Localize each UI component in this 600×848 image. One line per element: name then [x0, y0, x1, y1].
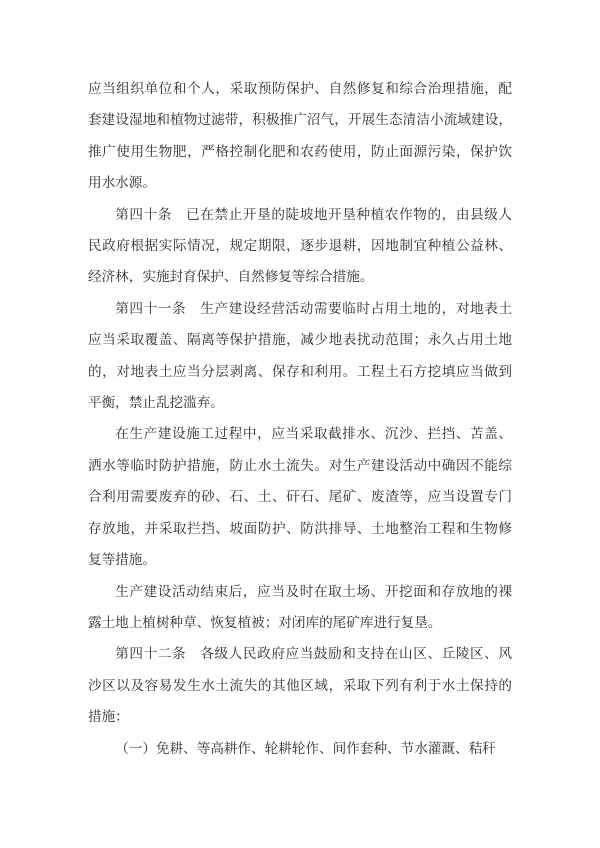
text-line: 沙区以及容易发生水土流失的其他区域，采取下列有利于水土保持的 — [88, 670, 512, 701]
text-line: 套建设湿地和植物过滤带，积极推广沼气，开展生态清洁小流域建设， — [88, 104, 512, 135]
text-line: 复等措施。 — [88, 544, 512, 575]
text-line: 合利用需要废弃的砂、石、土、矸石、尾矿、废渣等，应当设置专门 — [88, 481, 512, 512]
text-line: 生产建设活动结束后，应当及时在取土场、开挖面和存放地的裸 — [88, 576, 512, 607]
paragraph: 第四十条 已在禁止开垦的陡坡地开垦种植农作物的，由县级人民政府根据实际情况，规定… — [88, 199, 512, 293]
text-line: 露土地上植树种草、恢复植被；对闭库的尾矿库进行复垦。 — [88, 607, 512, 638]
paragraph: 第四十一条 生产建设经营活动需要临时占用土地的，对地表土应当采取覆盖、隔离等保护… — [88, 293, 512, 419]
document-body: 应当组织单位和个人，采取预防保护、自然修复和综合治理措施，配套建设湿地和植物过滤… — [88, 73, 512, 764]
text-line: 第四十一条 生产建设经营活动需要临时占用土地的，对地表土 — [88, 293, 512, 324]
document-page: 应当组织单位和个人，采取预防保护、自然修复和综合治理措施，配套建设湿地和植物过滤… — [0, 0, 600, 848]
paragraph: 第四十二条 各级人民政府应当鼓励和支持在山区、丘陵区、风沙区以及容易发生水土流失… — [88, 638, 512, 732]
text-line: 经济林，实施封育保护、自然修复等综合措施。 — [88, 261, 512, 292]
paragraph: （一）免耕、等高耕作、轮耕轮作、间作套种、节水灌溉、秸秆 — [88, 733, 512, 764]
text-line: 的，对地表土应当分层剥离、保存和利用。工程土石方挖填应当做到 — [88, 356, 512, 387]
text-line: 第四十二条 各级人民政府应当鼓励和支持在山区、丘陵区、风 — [88, 638, 512, 669]
text-line: 用水水源。 — [88, 167, 512, 198]
text-line: 推广使用生物肥，严格控制化肥和农药使用，防止面源污染，保护饮 — [88, 136, 512, 167]
text-line: 应当组织单位和个人，采取预防保护、自然修复和综合治理措施，配 — [88, 73, 512, 104]
text-line: 存放地，并采取拦挡、坡面防护、防洪排导、土地整治工程和生物修 — [88, 513, 512, 544]
text-line: 洒水等临时防护措施，防止水土流失。对生产建设活动中确因不能综 — [88, 450, 512, 481]
paragraph: 应当组织单位和个人，采取预防保护、自然修复和综合治理措施，配套建设湿地和植物过滤… — [88, 73, 512, 199]
text-line: 第四十条 已在禁止开垦的陡坡地开垦种植农作物的，由县级人 — [88, 199, 512, 230]
paragraph: 生产建设活动结束后，应当及时在取土场、开挖面和存放地的裸露土地上植树种草、恢复植… — [88, 576, 512, 639]
text-line: 在生产建设施工过程中，应当采取截排水、沉沙、拦挡、苫盖、 — [88, 418, 512, 449]
text-line: 措施： — [88, 701, 512, 732]
text-line: 平衡，禁止乱挖滥弃。 — [88, 387, 512, 418]
text-line: （一）免耕、等高耕作、轮耕轮作、间作套种、节水灌溉、秸秆 — [88, 733, 512, 764]
paragraph: 在生产建设施工过程中，应当采取截排水、沉沙、拦挡、苫盖、洒水等临时防护措施，防止… — [88, 418, 512, 575]
text-line: 应当采取覆盖、隔离等保护措施，减少地表扰动范围；永久占用土地 — [88, 324, 512, 355]
text-line: 民政府根据实际情况，规定期限，逐步退耕，因地制宜种植公益林、 — [88, 230, 512, 261]
